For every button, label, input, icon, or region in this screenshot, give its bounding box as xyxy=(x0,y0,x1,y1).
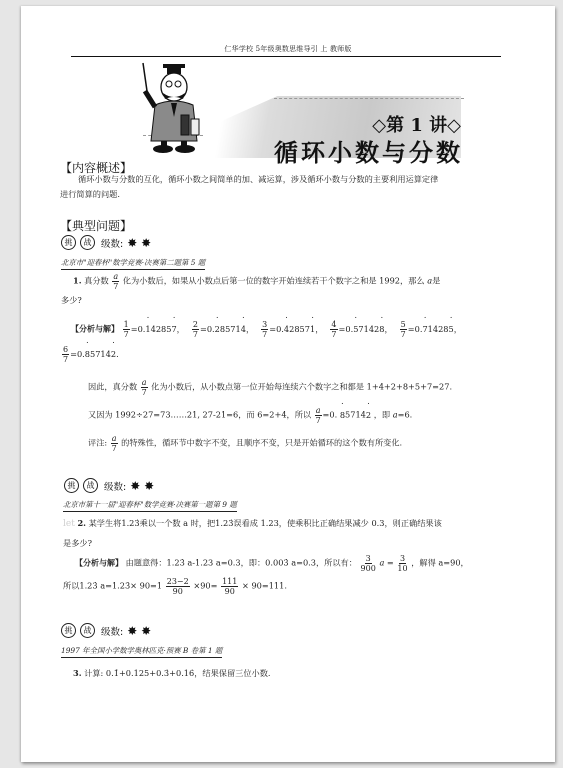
question-text: 某学生将1.23̇乘以一个数 a 时，把1.23̇误看成 1.23，使乘积比正确… xyxy=(89,518,442,528)
problem-1-source: 北京市"迎春杯"数学竞赛·决赛第二题第 5 题 xyxy=(61,257,205,270)
overview-line-1: 循环小数与分数的互化，循环小数之间简单的加、减运算，涉及循环小数与分数的主要利用… xyxy=(60,172,512,187)
banner-dashed-line-top xyxy=(274,98,464,99)
fraction-3-over-900: 3900 xyxy=(361,554,376,573)
analysis-text: ×90= xyxy=(193,581,217,591)
decimal-digits: 7142 xyxy=(358,324,379,334)
reasoning-text: =6. xyxy=(398,410,413,420)
running-header: 仁华学校 5年级奥数思维导引 上 教师版 xyxy=(21,44,555,54)
challenge-char-icon: 挑 xyxy=(61,235,76,250)
decimal-digits: 5714 xyxy=(90,349,111,359)
level-label: 级数: xyxy=(101,624,123,638)
question-text: 真分数 xyxy=(84,276,109,286)
separator: ， xyxy=(177,324,185,334)
star-rating-icon: ✸ ✸ xyxy=(127,624,151,638)
level-label: 级数: xyxy=(101,236,123,250)
decimal-prefix: =0. xyxy=(70,349,85,359)
question-line-2: 多少? xyxy=(61,293,513,308)
repeating-digit: 2 xyxy=(215,322,220,337)
battle-char-icon: 战 xyxy=(80,235,95,250)
problem-1-therefore: 因此，真分数 a7 化为小数后，从小数点第一位开始每连续六个数字之和都是 1+4… xyxy=(88,378,518,397)
problem-2-analysis: 【分析与解】 由题意得：1.23̇ a-1.23 a=0.3，即：0.003̇ … xyxy=(63,554,533,596)
therefore-text: 因此，真分数 xyxy=(88,382,137,392)
lecture-banner: ◇第 1 讲◇ 循环小数与分数 xyxy=(119,61,479,161)
problem-number: 2. xyxy=(77,518,86,528)
problem-1-question: 1. 真分数 a7 化为小数后，如果从小数点后第一位的数字开始连续若干个数字之和… xyxy=(61,272,513,308)
overview-line-2: 进行简算的问题. xyxy=(60,187,512,202)
professor-mascot-icon xyxy=(137,61,207,161)
analysis-label: 【分析与解】 xyxy=(71,325,119,334)
fraction-a-over-7: a7 xyxy=(141,378,148,397)
fraction-equation: 67=0.857142. xyxy=(61,349,119,359)
typical-problems-heading: 【典型问题】 xyxy=(60,217,132,234)
analysis-text: ，解得 a=90， xyxy=(411,558,469,568)
repeating-digit: 5 xyxy=(449,322,454,337)
repeating-digit: 7 xyxy=(422,322,427,337)
repeating-digit: 8 xyxy=(85,347,90,362)
fraction-equation: 17=0.142857， xyxy=(122,324,185,334)
separator: ， xyxy=(246,324,254,334)
fraction-equation: 37=0.428571， xyxy=(260,324,323,334)
decimal-prefix: =0. xyxy=(339,324,354,334)
battle-char-icon: 战 xyxy=(80,623,95,638)
fraction-equation: 57=0.714285， xyxy=(399,324,462,334)
separator: ， xyxy=(315,324,323,334)
reasoning-text: ，即 xyxy=(374,410,390,420)
header-rule xyxy=(71,56,501,57)
reasoning-text: 又因为 1992÷27=73……21, 27-21=6，而 6=2+4，所以 xyxy=(88,410,311,420)
challenge-char-icon: 挑 xyxy=(64,478,79,493)
repeating-digit: 1 xyxy=(310,322,315,337)
challenge-char-icon: 挑 xyxy=(61,623,76,638)
star-rating-icon: ✸ ✸ xyxy=(127,236,151,250)
problem-number: 3. xyxy=(73,668,82,678)
decimal-digits: 1428 xyxy=(428,324,449,334)
problem-2-source: 北京市第十一届"迎春杯"数学竞赛·决赛第一题第 9 题 xyxy=(63,499,237,512)
analysis-label: 【分析与解】 xyxy=(75,559,123,568)
separator: ， xyxy=(454,324,462,334)
decimal-digits: 4285 xyxy=(151,324,172,334)
decimal-value: =0. xyxy=(323,410,338,420)
comment-label: 评注: xyxy=(88,438,107,448)
repeating-digit: 1 xyxy=(145,322,150,337)
fraction-equation: 47=0.571428， xyxy=(329,324,392,334)
fraction: 17 xyxy=(123,320,130,339)
fraction-equation: 27=0.285714， xyxy=(191,324,254,334)
fraction-111-over-90: 11190 xyxy=(221,577,238,596)
repeating-digit: 8 xyxy=(340,408,345,423)
fraction: 47 xyxy=(330,320,337,339)
lecture-title: 循环小数与分数 xyxy=(274,133,463,168)
problem-3-source: 1997 年全国小学数学奥林匹克·预赛 B 卷第 1 题 xyxy=(61,645,222,658)
difficulty-level: 挑 战 级数: ✸ ✸ xyxy=(61,623,151,638)
fraction-3-over-10: 310 xyxy=(397,554,407,573)
repeating-digit: 8 xyxy=(379,322,384,337)
fraction: 27 xyxy=(192,320,199,339)
therefore-text: 化为小数后，从小数点第一位开始每连续六个数字之和都是 1+4+2+8+5+7=2… xyxy=(151,382,452,392)
problem-1-comment: 评注: a7 的特殊性，循环节中数字不变，且顺序不变，只是开始循环的这个数有所变… xyxy=(88,434,518,453)
decimal-digits: 8571 xyxy=(220,324,241,334)
battle-char-icon: 战 xyxy=(83,478,98,493)
separator: ， xyxy=(384,324,392,334)
overview-body: 循环小数与分数的互化，循环小数之间简单的加、减运算，涉及循环小数与分数的主要利用… xyxy=(60,172,512,202)
analysis-text: × 90=111. xyxy=(242,581,287,591)
repeating-digit: 2 xyxy=(111,347,116,362)
document-page: 仁华学校 5年级奥数思维导引 上 教师版 ◇第 1 讲◇ 循环小数与分数 xyxy=(21,6,555,762)
repeating-digit: 7 xyxy=(171,322,176,337)
question-line-2: 是多少? xyxy=(63,536,523,551)
analysis-text: 由题意得：1.23̇ a-1.23 a=0.3，即：0.003̇ a=0.3，所… xyxy=(126,558,357,568)
fraction-21-over-90: 23−290 xyxy=(166,577,190,596)
question-label: 计算: xyxy=(84,668,103,678)
difficulty-level: 挑 战 级数: ✸ ✸ xyxy=(64,478,154,493)
problem-1-analysis: 【分析与解】 17=0.142857，27=0.285714，37=0.4285… xyxy=(61,320,521,364)
problem-number: 1. xyxy=(73,276,82,286)
comment-text: 的特殊性，循环节中数字不变，且顺序不变，只是开始循环的这个数有所变化. xyxy=(121,438,402,448)
decimal-prefix: =0. xyxy=(269,324,284,334)
question-expression: 0.1̇+0.125+0.3̇+0.16̇，结果保留三位小数. xyxy=(106,668,271,678)
problem-2-question: let 2. 某学生将1.23̇乘以一个数 a 时，把1.23̇误看成 1.23… xyxy=(63,516,523,551)
difficulty-level: 挑 战 级数: ✸ ✸ xyxy=(61,235,151,250)
analysis-text: a = xyxy=(379,558,393,568)
problem-3-question: 3. 计算: 0.1̇+0.125+0.3̇+0.16̇，结果保留三位小数. xyxy=(73,666,513,681)
analysis-text: 所以1.23̇ a=1.23̇× 90=1 xyxy=(63,581,162,591)
fraction: 37 xyxy=(261,320,268,339)
decimal-prefix: =0. xyxy=(200,324,215,334)
fraction: 67 xyxy=(62,345,69,364)
question-text: 化为小数后，如果从小数点后第一位的数字开始连续若干个数字之和是 1992，那么 xyxy=(123,276,425,286)
fraction-a-over-7: a7 xyxy=(112,272,119,291)
repeating-digit: 4 xyxy=(241,322,246,337)
star-rating-icon: ✸ ✸ xyxy=(130,479,154,493)
separator: . xyxy=(116,349,119,359)
problem-1-reasoning: 又因为 1992÷27=73……21, 27-21=6，而 6=2+4，所以 a… xyxy=(88,406,518,425)
level-label: 级数: xyxy=(104,479,126,493)
repeating-digit: 2 xyxy=(366,408,371,423)
decimal-digits: 2857 xyxy=(289,324,310,334)
fraction: 57 xyxy=(400,320,407,339)
fraction-a-over-7: a7 xyxy=(315,406,322,425)
decimal-prefix: =0. xyxy=(408,324,423,334)
decimal-prefix: =0. xyxy=(131,324,146,334)
fraction-a-over-7: a7 xyxy=(111,434,118,453)
decimal-value: 5714 xyxy=(345,410,366,420)
repeating-digit: 4 xyxy=(284,322,289,337)
question-text: 是 xyxy=(432,276,440,286)
repeating-digit: 5 xyxy=(353,322,358,337)
watermark-text: let xyxy=(63,519,75,529)
